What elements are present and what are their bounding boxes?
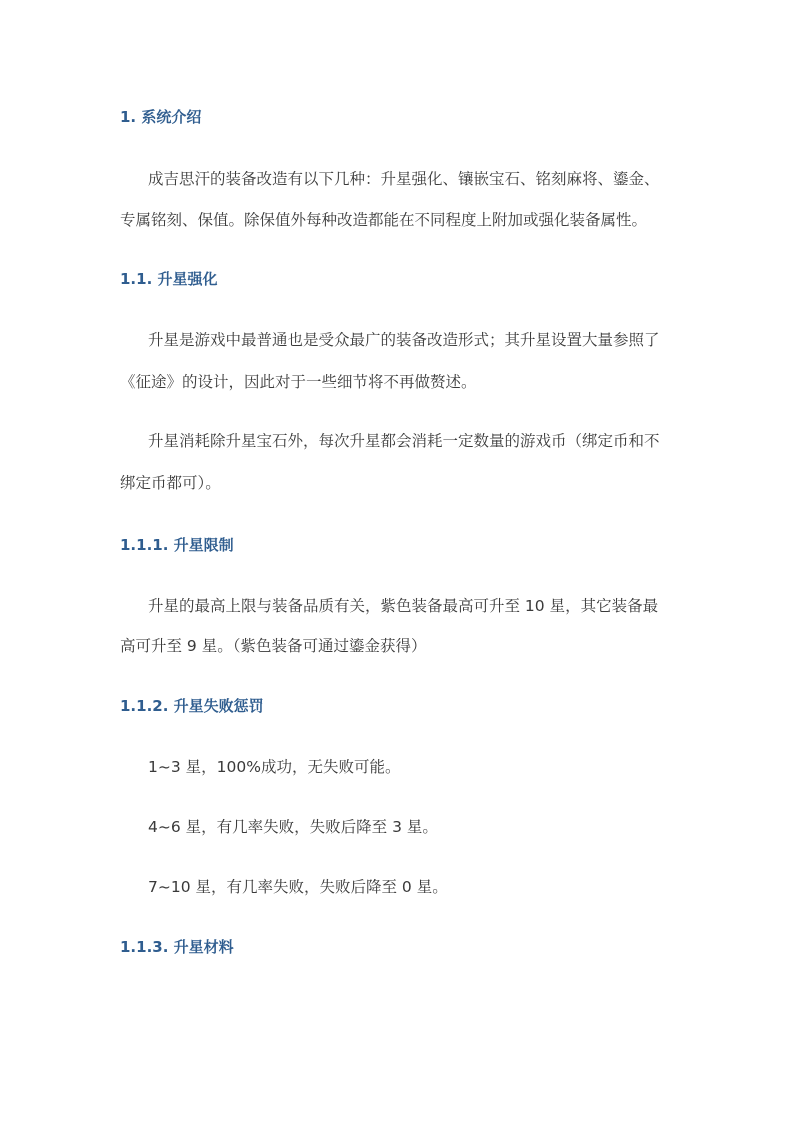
paragraph-line: 《征途》的设计，因此对于一些细节将不再做赘述。 <box>120 372 477 392</box>
paragraph-line: 升星是游戏中最普通也是受众最广的装备改造形式；其升星设置大量参照了 <box>148 330 660 350</box>
heading-system-intro: 1. 系统介绍 <box>120 107 201 127</box>
paragraph-line: 高可升至 9 星。（紫色装备可通过鎏金获得） <box>120 636 426 656</box>
paragraph-line: 专属铭刻、保值。除保值外每种改造都能在不同程度上附加或强化装备属性。 <box>120 210 647 230</box>
paragraph-line: 升星的最高上限与装备品质有关，紫色装备最高可升至 10 星，其它装备最 <box>148 596 658 616</box>
heading-failure-penalty: 1.1.2. 升星失败惩罚 <box>120 696 264 716</box>
heading-star-materials: 1.1.3. 升星材料 <box>120 937 234 957</box>
list-item: 4~6 星，有几率失败，失败后降至 3 星。 <box>148 817 438 837</box>
paragraph-line: 升星消耗除升星宝石外，每次升星都会消耗一定数量的游戏币（绑定币和不 <box>148 431 660 451</box>
list-item: 1~3 星，100%成功，无失败可能。 <box>148 757 400 777</box>
heading-star-upgrade: 1.1. 升星强化 <box>120 269 218 289</box>
paragraph-line: 成吉思汗的装备改造有以下几种：升星强化、镶嵌宝石、铭刻麻将、鎏金、 <box>148 169 660 189</box>
list-item: 7~10 星，有几率失败，失败后降至 0 星。 <box>148 877 448 897</box>
document-page: 1. 系统介绍 成吉思汗的装备改造有以下几种：升星强化、镶嵌宝石、铭刻麻将、鎏金… <box>0 0 794 1123</box>
paragraph-line: 绑定币都可）。 <box>120 473 221 493</box>
heading-star-limit: 1.1.1. 升星限制 <box>120 535 234 555</box>
